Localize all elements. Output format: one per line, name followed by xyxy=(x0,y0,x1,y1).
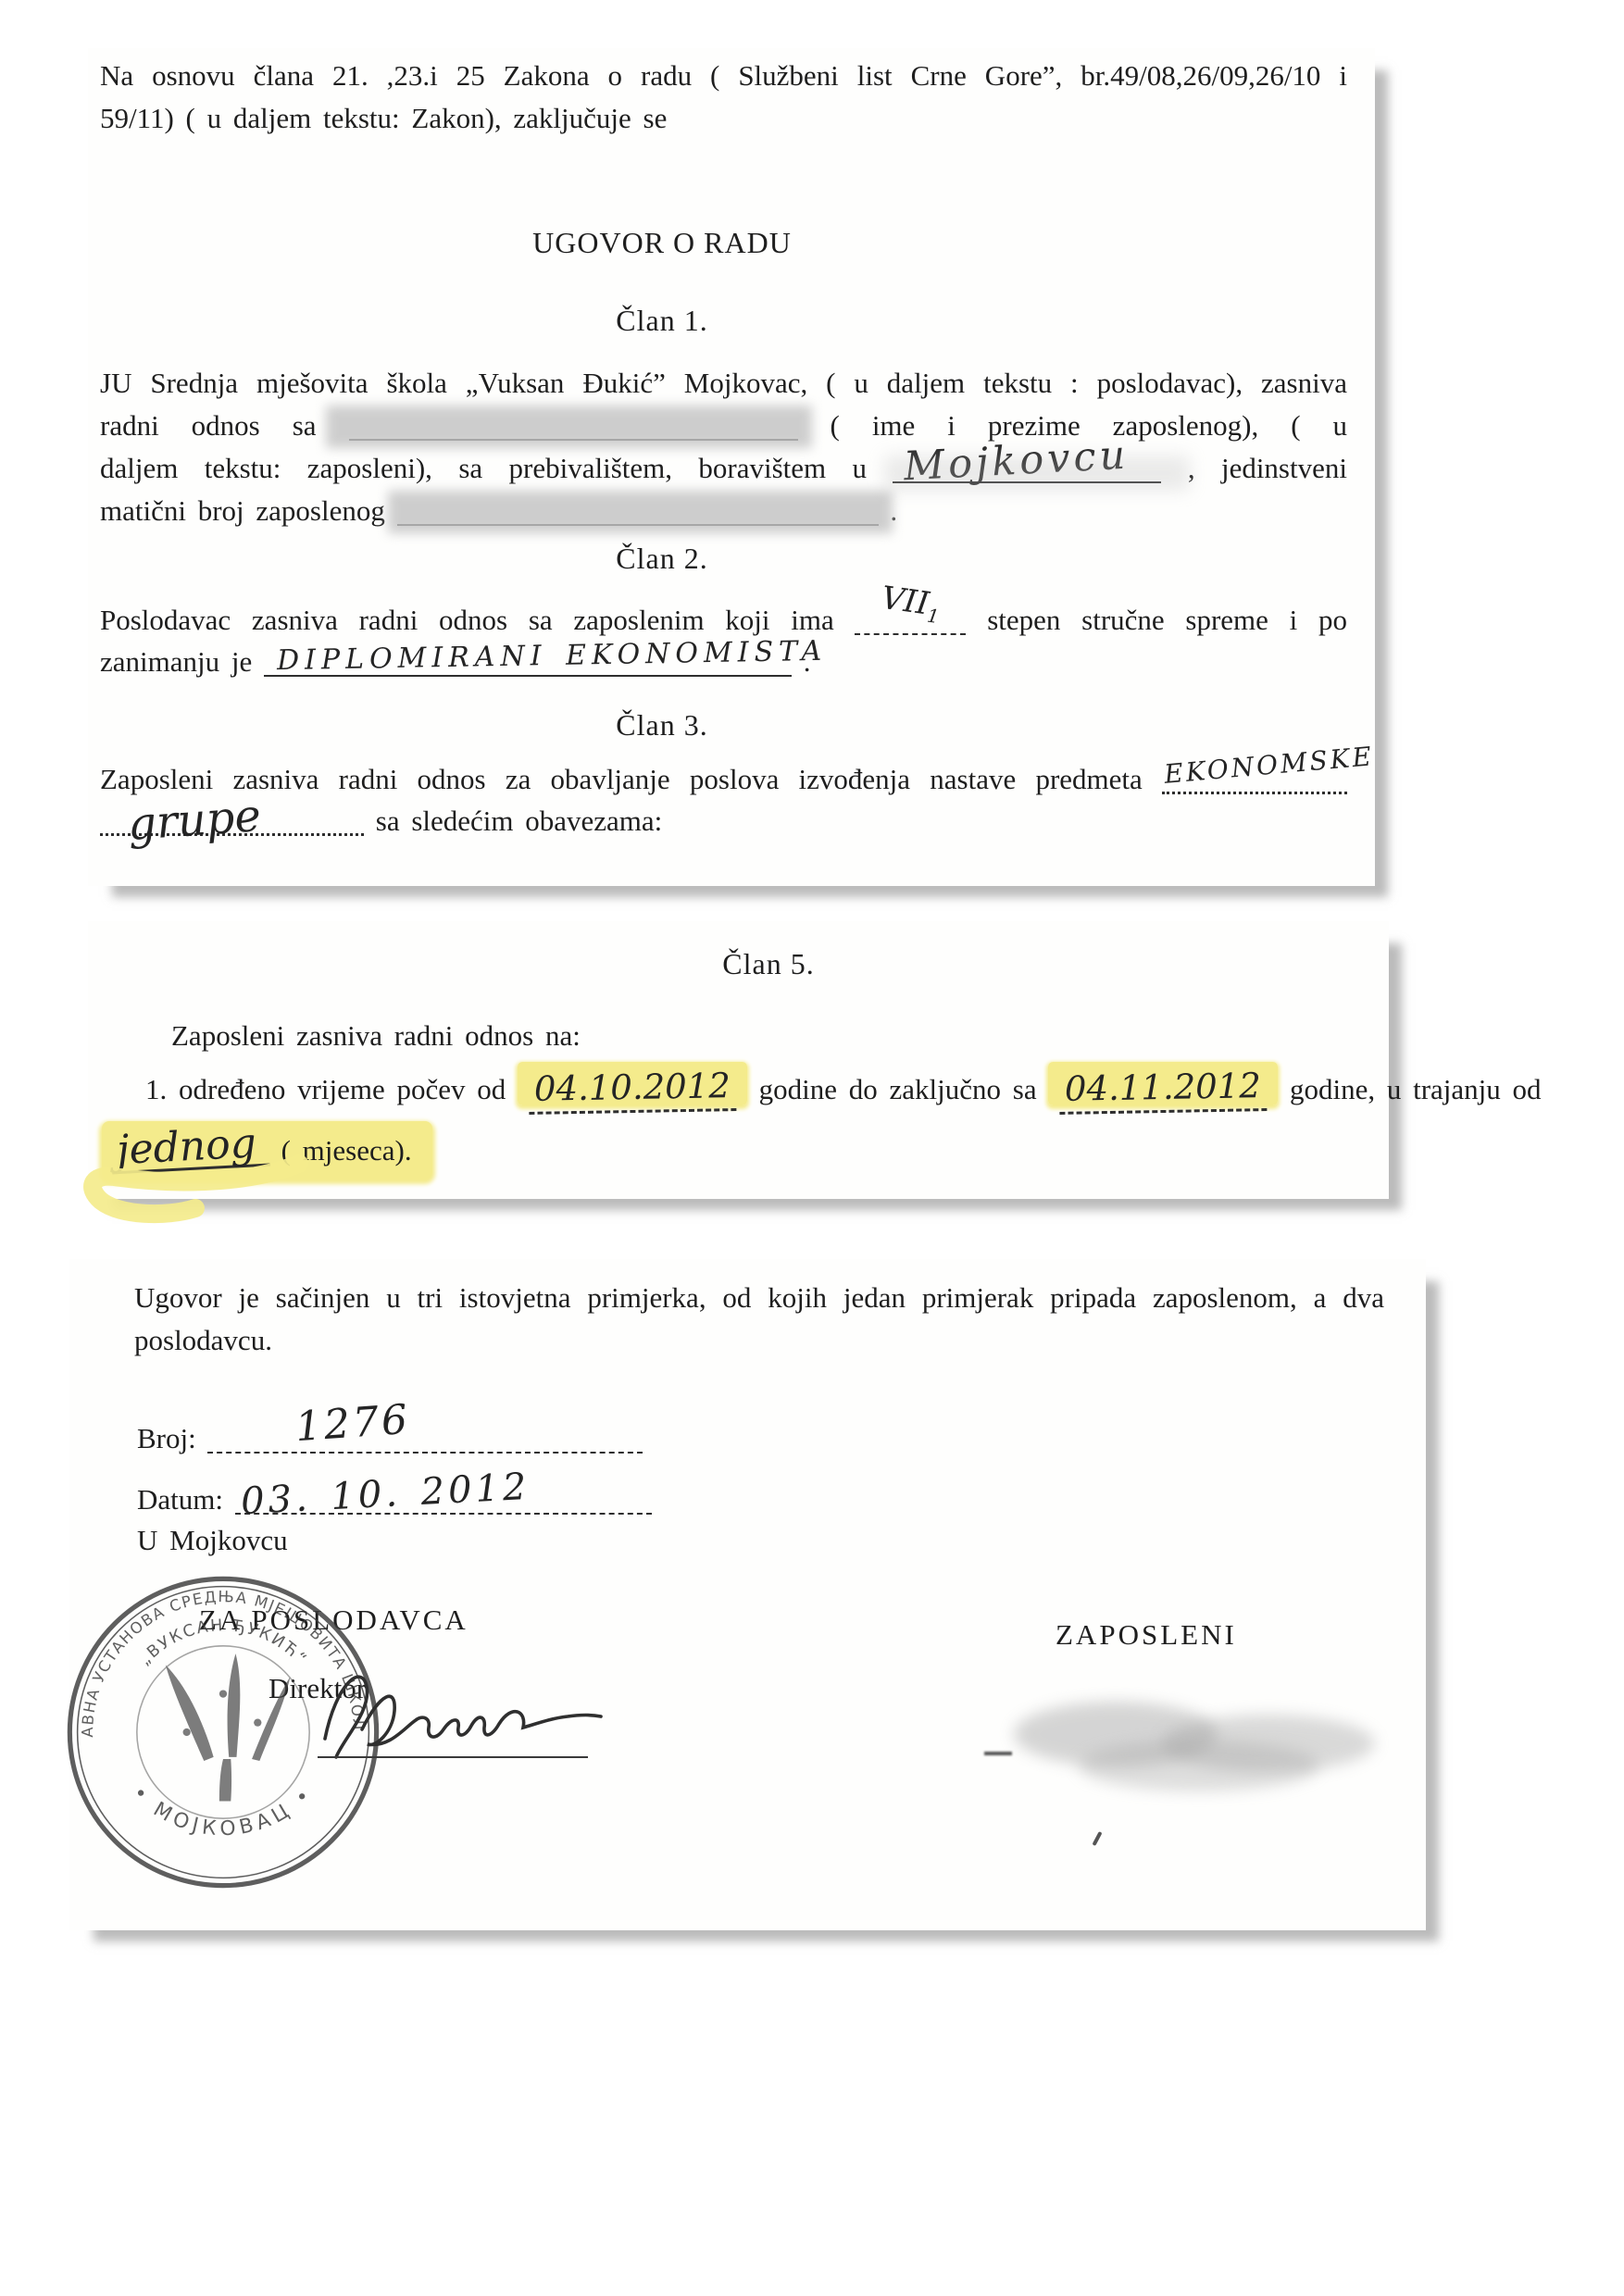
clan5-item1: 1. određeno vrijeme počev od 04.10.2012 … xyxy=(145,1067,1386,1113)
qualification-level-blank: VII1 xyxy=(855,633,966,635)
clan2-line2: zanimanju je DIPLOMIRANI EKONOMISTA . xyxy=(100,642,811,682)
director-signature xyxy=(308,1657,614,1768)
clan3-line2-post: sa sledećim obavezama: xyxy=(376,805,663,837)
scan-fragment-bottom: Ugovor je sačinjen u tri istovjetna prim… xyxy=(69,1259,1426,1930)
clan5-heading: Član 5. xyxy=(88,947,1449,981)
clan1-line4: matični broj zaposlenog . xyxy=(100,491,897,531)
datum-handwriting: 03. 10. 2012 xyxy=(240,1466,531,1522)
clan2-heading: Član 2. xyxy=(88,542,1236,576)
broj-handwriting: 1276 xyxy=(294,1400,412,1449)
broj-label: Broj: xyxy=(137,1422,196,1454)
employee-label: ZAPOSLENI xyxy=(1056,1618,1237,1652)
clan1-line2-pre: radni odnos sa xyxy=(100,409,317,442)
clan3-heading: Član 3. xyxy=(88,708,1236,742)
broj-row: Broj: 1276 xyxy=(137,1418,643,1459)
director-signature-line xyxy=(318,1756,588,1758)
id-number-blank xyxy=(397,524,879,526)
profession-handwriting: DIPLOMIRANI EKONOMISTA xyxy=(277,631,828,681)
clan1-line3-pre: daljem tekstu: zaposleni), sa prebivališ… xyxy=(100,452,867,484)
broj-blank: 1276 xyxy=(207,1452,643,1454)
scan-fragment-middle: Član 5. Zaposleni zasniva radni odnos na… xyxy=(88,921,1389,1199)
place-line: U Mojkovcu xyxy=(137,1520,288,1561)
clan1-line3-post: , jedinstveni xyxy=(1188,452,1347,484)
start-date-highlight: 04.10.2012 xyxy=(518,1062,747,1105)
qualification-level-handwriting: VII1 xyxy=(878,578,943,637)
clan2-line2-pre: zanimanju je xyxy=(100,645,252,678)
clan2-line1-post: stepen stručne spreme i po xyxy=(987,604,1347,636)
scan-fragment-top: Na osnovu člana 21. ,23.i 25 Zakona o ra… xyxy=(88,48,1375,886)
clan5-item1-post: godine, u trajanju od xyxy=(1290,1073,1542,1105)
clan5-item1-pre: 1. određeno vrijeme počev od xyxy=(145,1073,506,1105)
datum-label: Datum: xyxy=(137,1483,223,1516)
subject-group-blank: grupe xyxy=(100,833,364,836)
datum-blank: 03. 10. 2012 xyxy=(235,1513,652,1515)
intro-paragraph-line2: 59/11) ( u daljem tekstu: Zakon), zaklju… xyxy=(100,98,667,139)
document-title: UGOVOR O RADU xyxy=(88,226,1236,260)
end-date-highlight: 04.11.2012 xyxy=(1048,1062,1278,1105)
clan5-intro: Zaposleni zasniva radni odnos na: xyxy=(171,1016,581,1056)
scanned-contract-page: Na osnovu člana 21. ,23.i 25 Zakona o ra… xyxy=(0,0,1624,2296)
subject-blank: EKONOMSKE xyxy=(1162,792,1347,794)
copies-line2: poslodavcu. xyxy=(134,1320,272,1361)
end-date-handwriting: 04.11.2012 xyxy=(1059,1066,1268,1115)
redacted-employee-name xyxy=(326,406,812,448)
datum-row: Datum: 03. 10. 2012 xyxy=(137,1479,652,1520)
stamp-emblem-icon xyxy=(166,1653,291,1801)
clan1-heading: Član 1. xyxy=(88,304,1236,338)
subject-group-handwriting: grupe xyxy=(127,795,262,845)
employee-name-blank xyxy=(349,439,798,441)
start-date-handwriting: 04.10.2012 xyxy=(529,1066,737,1115)
clan3-line2: grupe sa sledećim obavezama: xyxy=(100,801,662,842)
stamp-inner-text: „ВУКСАН ЂУКИЋ“ xyxy=(135,1616,310,1669)
copies-line1: Ugovor je sačinjen u tri istovjetna prim… xyxy=(134,1278,1384,1359)
subject-handwriting: EKONOMSKE xyxy=(1163,736,1376,795)
highlighter-swoosh xyxy=(77,1151,327,1239)
svg-text:„ВУКСАН ЂУКИЋ“: „ВУКСАН ЂУКИЋ“ xyxy=(135,1616,310,1669)
stray-pen-mark xyxy=(1092,1831,1102,1846)
clan2-line1-pre: Poslodavac zasniva radni odnos sa zaposl… xyxy=(100,604,834,636)
profession-blank: DIPLOMIRANI EKONOMISTA xyxy=(264,675,792,677)
clan1-line4-pre: matični broj zaposlenog xyxy=(100,494,385,527)
scan-smudge xyxy=(884,455,1190,491)
signature-line-remnant xyxy=(984,1752,1012,1755)
clan5-item1-mid: godine do zaključno sa xyxy=(759,1073,1037,1105)
redacted-id-number xyxy=(388,491,893,533)
